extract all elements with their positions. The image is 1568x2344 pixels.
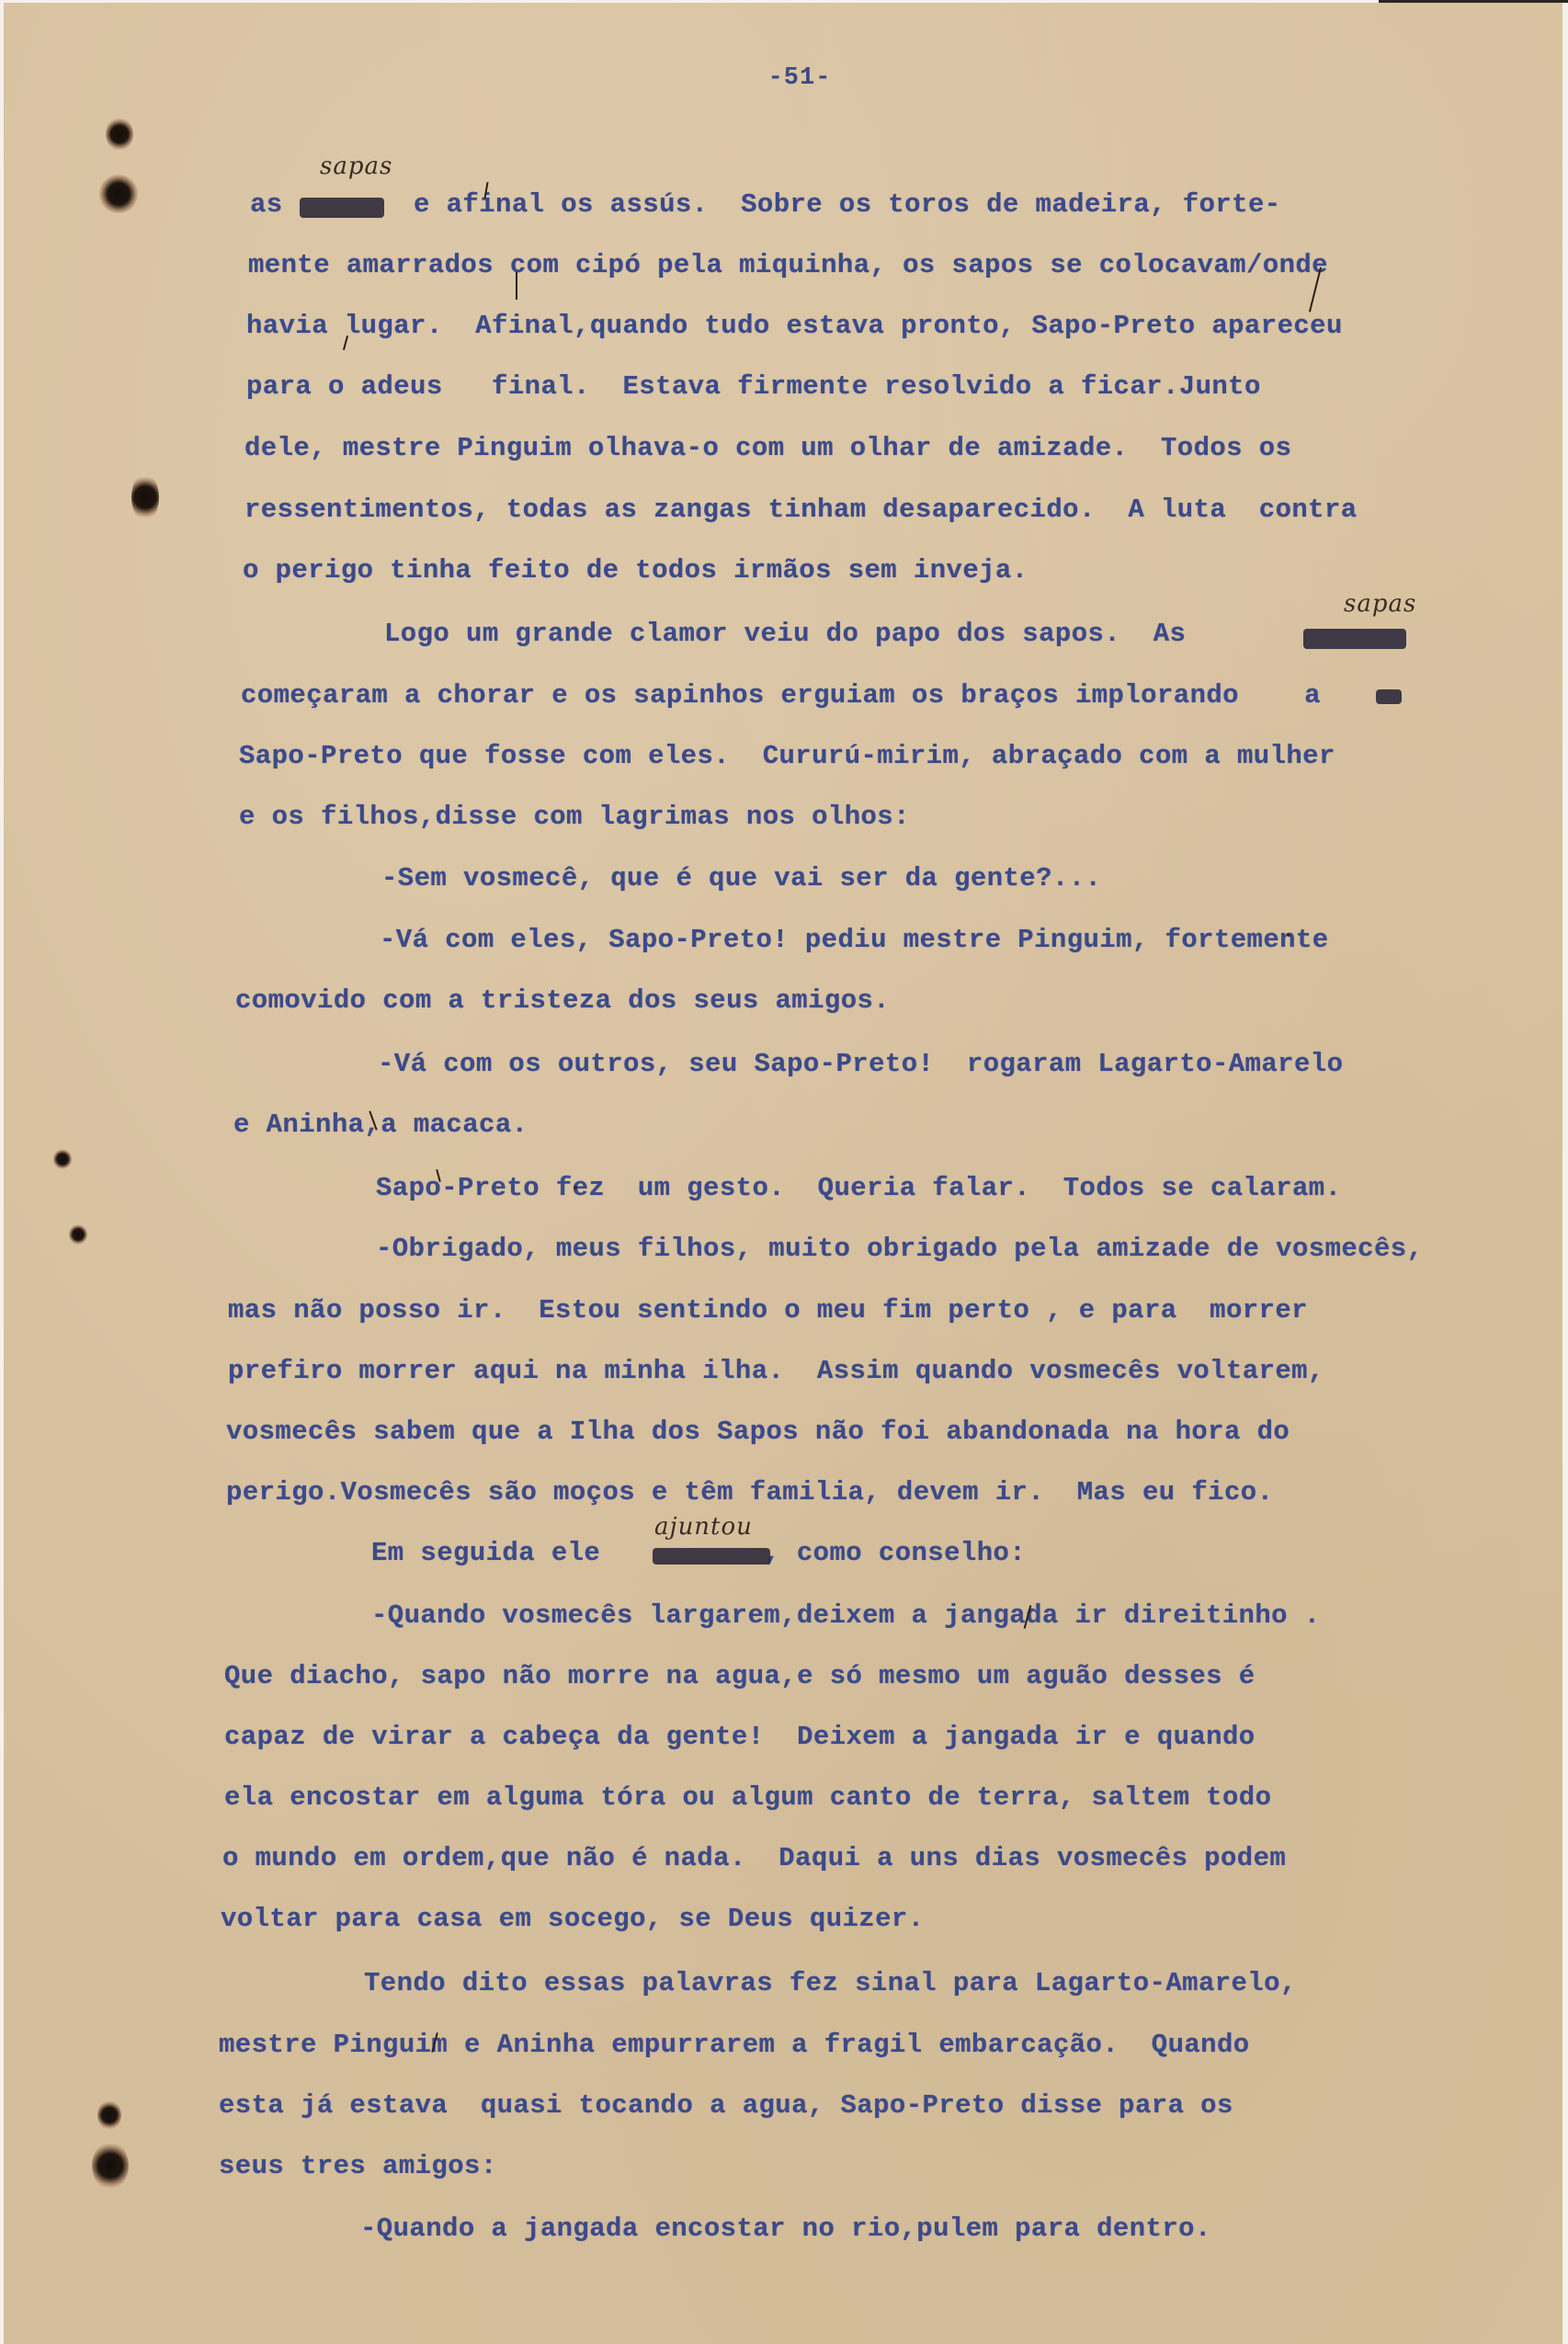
text-line: voltar para casa em socego, se Deus quiz… — [221, 1903, 925, 1936]
text-line: mas não posso ir. Estou sentindo o meu f… — [228, 1294, 1308, 1327]
binding-hole-mark — [53, 1149, 72, 1169]
text-line: -Quando vosmecês largarem,deixem a janga… — [371, 1599, 1321, 1633]
text-line: Sapo-Preto fez um gesto. Queria falar. T… — [376, 1172, 1341, 1205]
text-line: -Vá com eles, Sapo-Preto! pediu mestre P… — [380, 924, 1329, 957]
binding-hole-mark — [97, 2100, 121, 2130]
binding-hole-mark — [92, 2142, 129, 2190]
handwritten-correction: sapas — [1344, 590, 1416, 618]
text-line: -Obrigado, meus filhos, muito obrigado p… — [376, 1233, 1423, 1266]
binding-hole-mark — [106, 118, 133, 151]
text-line: mestre Pinguim e Aninha empurrarem a fra… — [219, 2029, 1250, 2062]
text-line: e os filhos,disse com lagrimas nos olhos… — [239, 801, 910, 834]
text-line: mente amarrados com cipó pela miquinha, … — [248, 249, 1328, 282]
text-line: o perigo tinha feito de todos irmãos sem… — [243, 554, 1028, 587]
text-line: o mundo em ordem,que não é nada. Daqui a… — [222, 1842, 1286, 1875]
binding-hole-mark — [131, 473, 159, 521]
text-line: -Sem vosmecê, que é que vai ser da gente… — [381, 862, 1101, 895]
text-line: para o adeus final. Estava firmente reso… — [246, 370, 1261, 404]
text-line: Que diacho, sapo não morre na agua,e só … — [224, 1660, 1256, 1693]
text-line: capaz de virar a cabeça da gente! Deixem… — [224, 1721, 1256, 1754]
text-line: havia lugar. Afinal,quando tudo estava p… — [246, 310, 1343, 343]
pen-mark — [516, 272, 517, 300]
page-number: -51- — [754, 64, 846, 92]
strikeout-mark — [1376, 689, 1402, 704]
text-line: começaram a chorar e os sapinhos erguiam… — [241, 679, 1321, 712]
ink-spot — [574, 1186, 577, 1189]
strikeout-mark — [1303, 629, 1406, 649]
strikeout-mark — [653, 1548, 770, 1565]
text-line: -Quando a jangada encostar no rio,pulem … — [360, 2213, 1211, 2246]
text-line: Logo um grande clamor veiu do papo dos s… — [384, 618, 1186, 651]
strikeout-mark — [300, 198, 384, 218]
text-line: ela encostar em alguma tóra ou algum can… — [224, 1781, 1271, 1815]
text-line: -Vá com os outros, seu Sapo-Preto! rogar… — [378, 1048, 1343, 1081]
text-line: Sapo-Preto que fosse com eles. Cururú-mi… — [239, 740, 1335, 773]
handwritten-correction: sapas — [320, 153, 392, 180]
text-line: prefiro morrer aqui na minha ilha. Assim… — [228, 1355, 1324, 1388]
text-line: esta já estava quasi tocando a agua, Sap… — [219, 2089, 1233, 2122]
binding-hole-mark — [69, 1224, 87, 1245]
binding-hole-mark — [99, 175, 138, 213]
text-line: comovido com a tristeza dos seus amigos. — [235, 984, 890, 1018]
text-line: perigo.Vosmecês são moços e têm familia,… — [226, 1476, 1273, 1509]
text-line: as e afinal os assús. Sobre os toros de … — [250, 188, 1281, 222]
ink-spot — [1287, 933, 1290, 937]
text-line: dele, mestre Pinguim olhava-o com um olh… — [244, 432, 1291, 465]
text-line: ressentimentos, todas as zangas tinham d… — [244, 494, 1358, 527]
scan-edge — [1379, 0, 1568, 3]
handwritten-correction: ajuntou — [654, 1513, 753, 1541]
text-line: Tendo dito essas palavras fez sinal para… — [364, 1967, 1297, 2000]
text-line: seus tres amigos: — [219, 2150, 497, 2183]
text-line: vosmecês sabem que a Ilha dos Sapos não … — [226, 1416, 1290, 1449]
text-line: e Aninha,a macaca. — [233, 1109, 528, 1142]
